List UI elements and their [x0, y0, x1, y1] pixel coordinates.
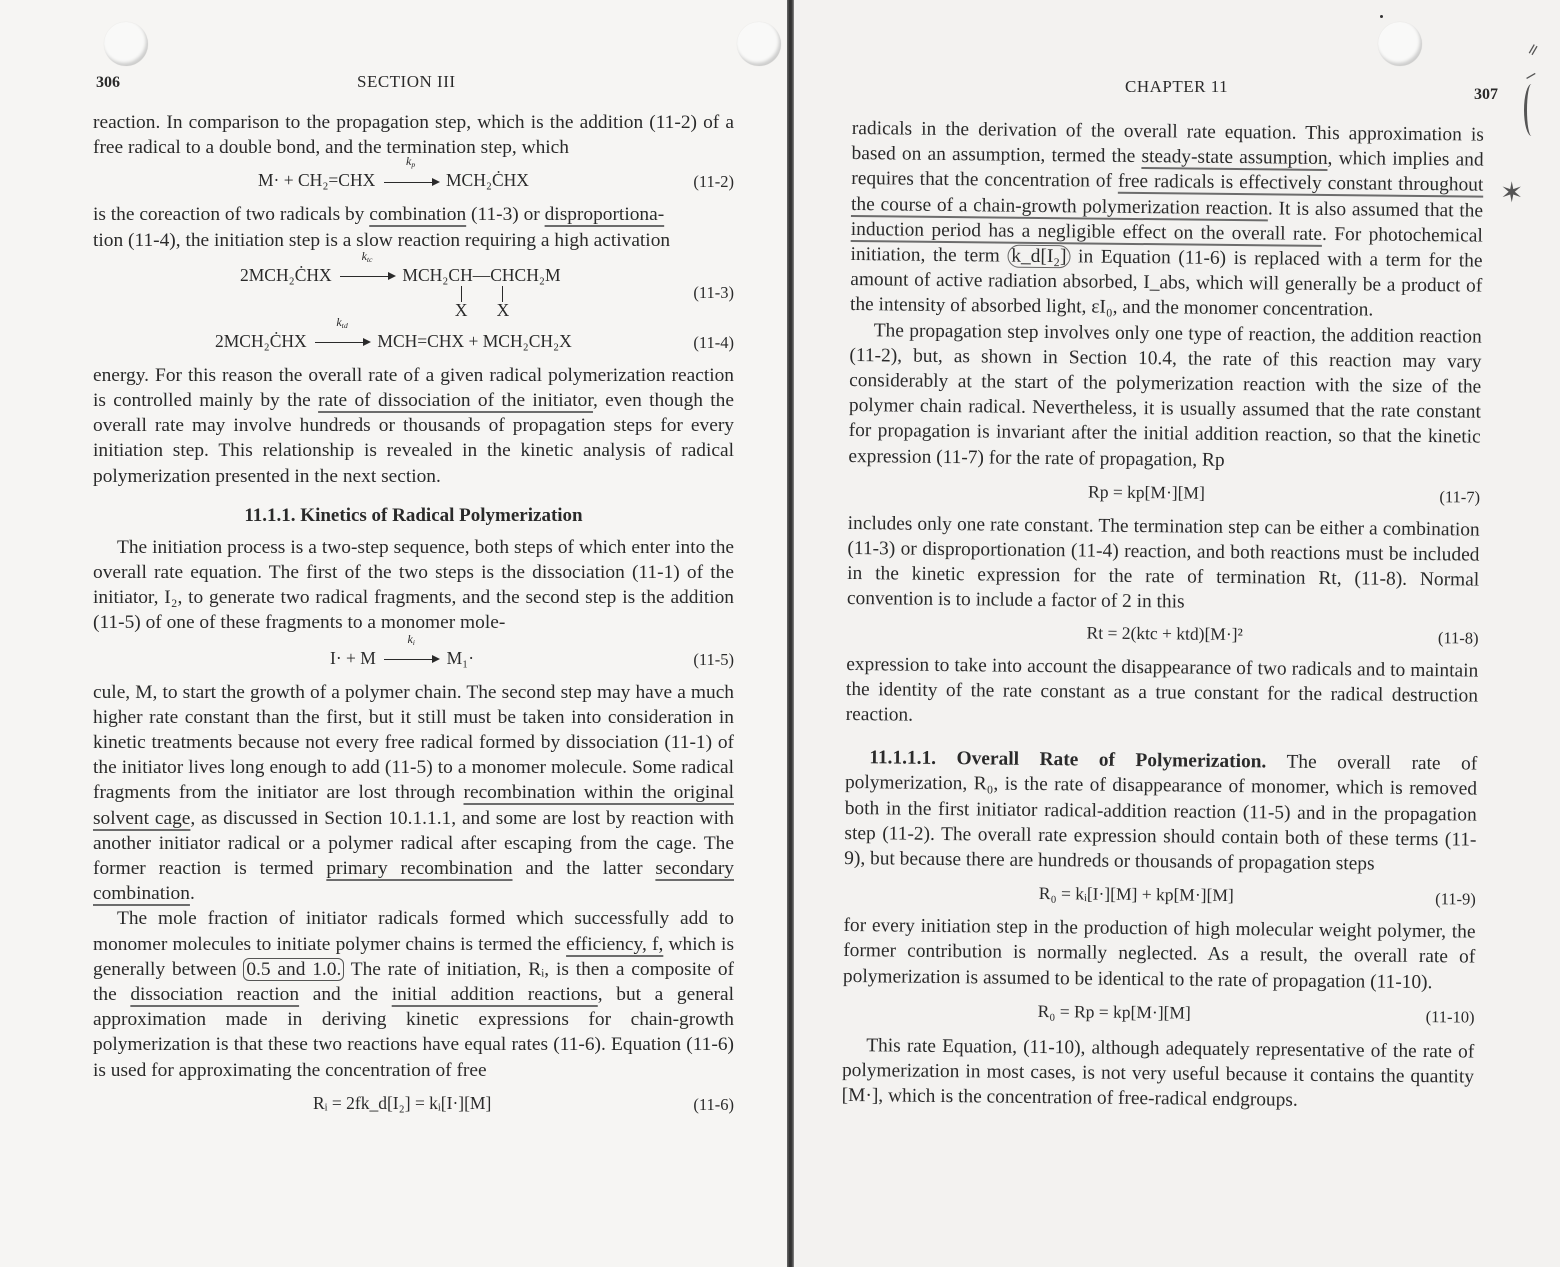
equation-expression: Rt = 2(ktc + ktd)[M·]² — [1086, 622, 1242, 645]
pencil-underline: combination — [369, 204, 466, 225]
equation-11-7: Rp = kp[M·][M] (11-7) — [848, 475, 1480, 514]
equation-11-10: R₀ = Rp = kp[M·][M] (11-10) — [842, 995, 1474, 1034]
equation-expression: R₀ = Rp = kp[M·][M] — [1038, 1001, 1191, 1024]
equation-number: (11-5) — [693, 650, 734, 670]
page-number: 307 — [1474, 86, 1498, 104]
equation-number: (11-2) — [693, 172, 734, 192]
section-heading: 11.1.1. Kinetics of Radical Polymerizati… — [93, 505, 734, 527]
equation-number: (11-7) — [1439, 487, 1480, 507]
left-text-column: reaction. In comparison to the propagati… — [93, 110, 734, 1121]
pencil-box-annotation: 0.5 and 1.0. — [243, 958, 344, 981]
paragraph: is the coreaction of two radicals by com… — [93, 202, 734, 252]
paragraph: 11.1.1.1. Overall Rate of Polymerization… — [844, 745, 1477, 878]
equation-expression: Rp = kp[M·][M] — [1088, 481, 1205, 503]
equation-11-2: M· + CH₂=CHX kp MCH₂ĊHX (11-2) — [93, 166, 734, 198]
paragraph: reaction. In comparison to the propagati… — [93, 110, 734, 160]
equation-11-9: R₀ = kᵢ[I·][M] + kp[M·][M] (11-9) — [844, 877, 1476, 916]
left-page: 306 SECTION III reaction. In comparison … — [0, 0, 792, 1267]
reaction-arrow-icon: ki — [380, 648, 442, 669]
equation-lhs: 2MCH₂ĊHX — [215, 331, 307, 351]
punch-hole — [737, 22, 781, 66]
margin-star-icon: ✶ — [1500, 176, 1523, 209]
pencil-underline: steady-state assumption — [1141, 146, 1327, 169]
equation-number: (11-4) — [693, 333, 734, 353]
book-spread: 306 SECTION III reaction. In comparison … — [0, 0, 1560, 1267]
book-binding-gutter — [787, 0, 794, 1267]
right-text-column: radicals in the derivation of the overal… — [842, 116, 1484, 1115]
pencil-underline: primary recombination — [326, 858, 512, 879]
reaction-arrow-icon: kp — [380, 170, 442, 191]
paragraph: energy. For this reason the overall rate… — [93, 363, 734, 489]
speck — [1380, 15, 1383, 18]
paragraph: radicals in the derivation of the overal… — [850, 116, 1484, 324]
equation-lhs: I· + M — [330, 648, 376, 668]
paragraph: The propagation step involves only one t… — [848, 318, 1482, 476]
pencil-underline: initial addition reactions — [392, 984, 598, 1005]
equation-lhs: M· + CH₂=CHX — [258, 170, 375, 190]
margin-bracket-mark — [1524, 84, 1539, 136]
equation-11-4: 2MCH₂ĊHX ktd MCH=CHX + MCH₂CH₂X (11-4) — [93, 327, 734, 359]
equation-11-3: 2MCH₂ĊHX ktc MCH₂CHX—CHXCH₂M (11-3) — [93, 261, 734, 323]
equation-11-8: Rt = 2(ktc + ktd)[M·]² (11-8) — [846, 616, 1478, 655]
equation-expression: R₀ = kᵢ[I·][M] + kp[M·][M] — [1039, 883, 1234, 906]
equation-lhs: 2MCH₂ĊHX — [240, 265, 332, 285]
running-head: CHAPTER 11 — [1125, 77, 1228, 97]
paragraph: expression to take into account the disa… — [846, 652, 1479, 734]
equation-11-5: I· + M ki M₁· (11-5) — [93, 644, 734, 676]
reaction-arrow-icon: ktd — [311, 331, 373, 352]
pencil-underline: induction period has a negligible effect… — [851, 219, 1322, 245]
equation-number: (11-3) — [693, 283, 734, 303]
margin-equals-mark: = — [1521, 39, 1544, 60]
paragraph: includes only one rate constant. The ter… — [847, 511, 1480, 618]
pencil-circle-annotation: k_d[I₂] — [1007, 245, 1070, 269]
paragraph: cule, M, to start the growth of a polyme… — [93, 680, 734, 907]
page-number: 306 — [96, 74, 120, 92]
punch-hole — [104, 22, 148, 66]
paragraph: The initiation process is a two-step seq… — [93, 535, 734, 636]
paragraph: This rate Equation, (11-10), although ad… — [842, 1033, 1475, 1115]
equation-number: (11-8) — [1438, 628, 1479, 648]
equation-expression: Rᵢ = 2fk_d[I₂] = kᵢ[I·][M] — [313, 1093, 491, 1114]
equation-rhs: M₁· — [447, 648, 475, 668]
pencil-underline: dissociation reaction — [130, 984, 299, 1005]
reaction-arrow-icon: ktc — [336, 265, 398, 286]
right-page: CHAPTER 11 307 = − ✶ radicals in the der… — [796, 0, 1560, 1267]
equation-number: (11-10) — [1426, 1007, 1475, 1028]
running-head: SECTION III — [357, 72, 456, 92]
equation-number: (11-9) — [1435, 889, 1476, 909]
pencil-underline: efficiency, f, — [566, 934, 663, 955]
paragraph: The mole fraction of initiator radicals … — [93, 906, 734, 1082]
equation-number: (11-6) — [693, 1095, 734, 1115]
pencil-underline: rate of dissociation of the initiator — [318, 390, 593, 411]
equation-rhs: MCH₂ĊHX — [446, 170, 529, 190]
equation-11-6: Rᵢ = 2fk_d[I₂] = kᵢ[I·][M] (11-6) — [93, 1089, 734, 1121]
punch-hole — [1378, 22, 1422, 66]
subsection-heading: 11.1.1.1. Overall Rate of Polymerization… — [869, 747, 1266, 772]
pencil-underline: disproportiona- — [545, 204, 665, 225]
equation-rhs: MCH=CHX + MCH₂CH₂X — [377, 331, 571, 351]
paragraph: for every initiation step in the product… — [843, 913, 1476, 995]
